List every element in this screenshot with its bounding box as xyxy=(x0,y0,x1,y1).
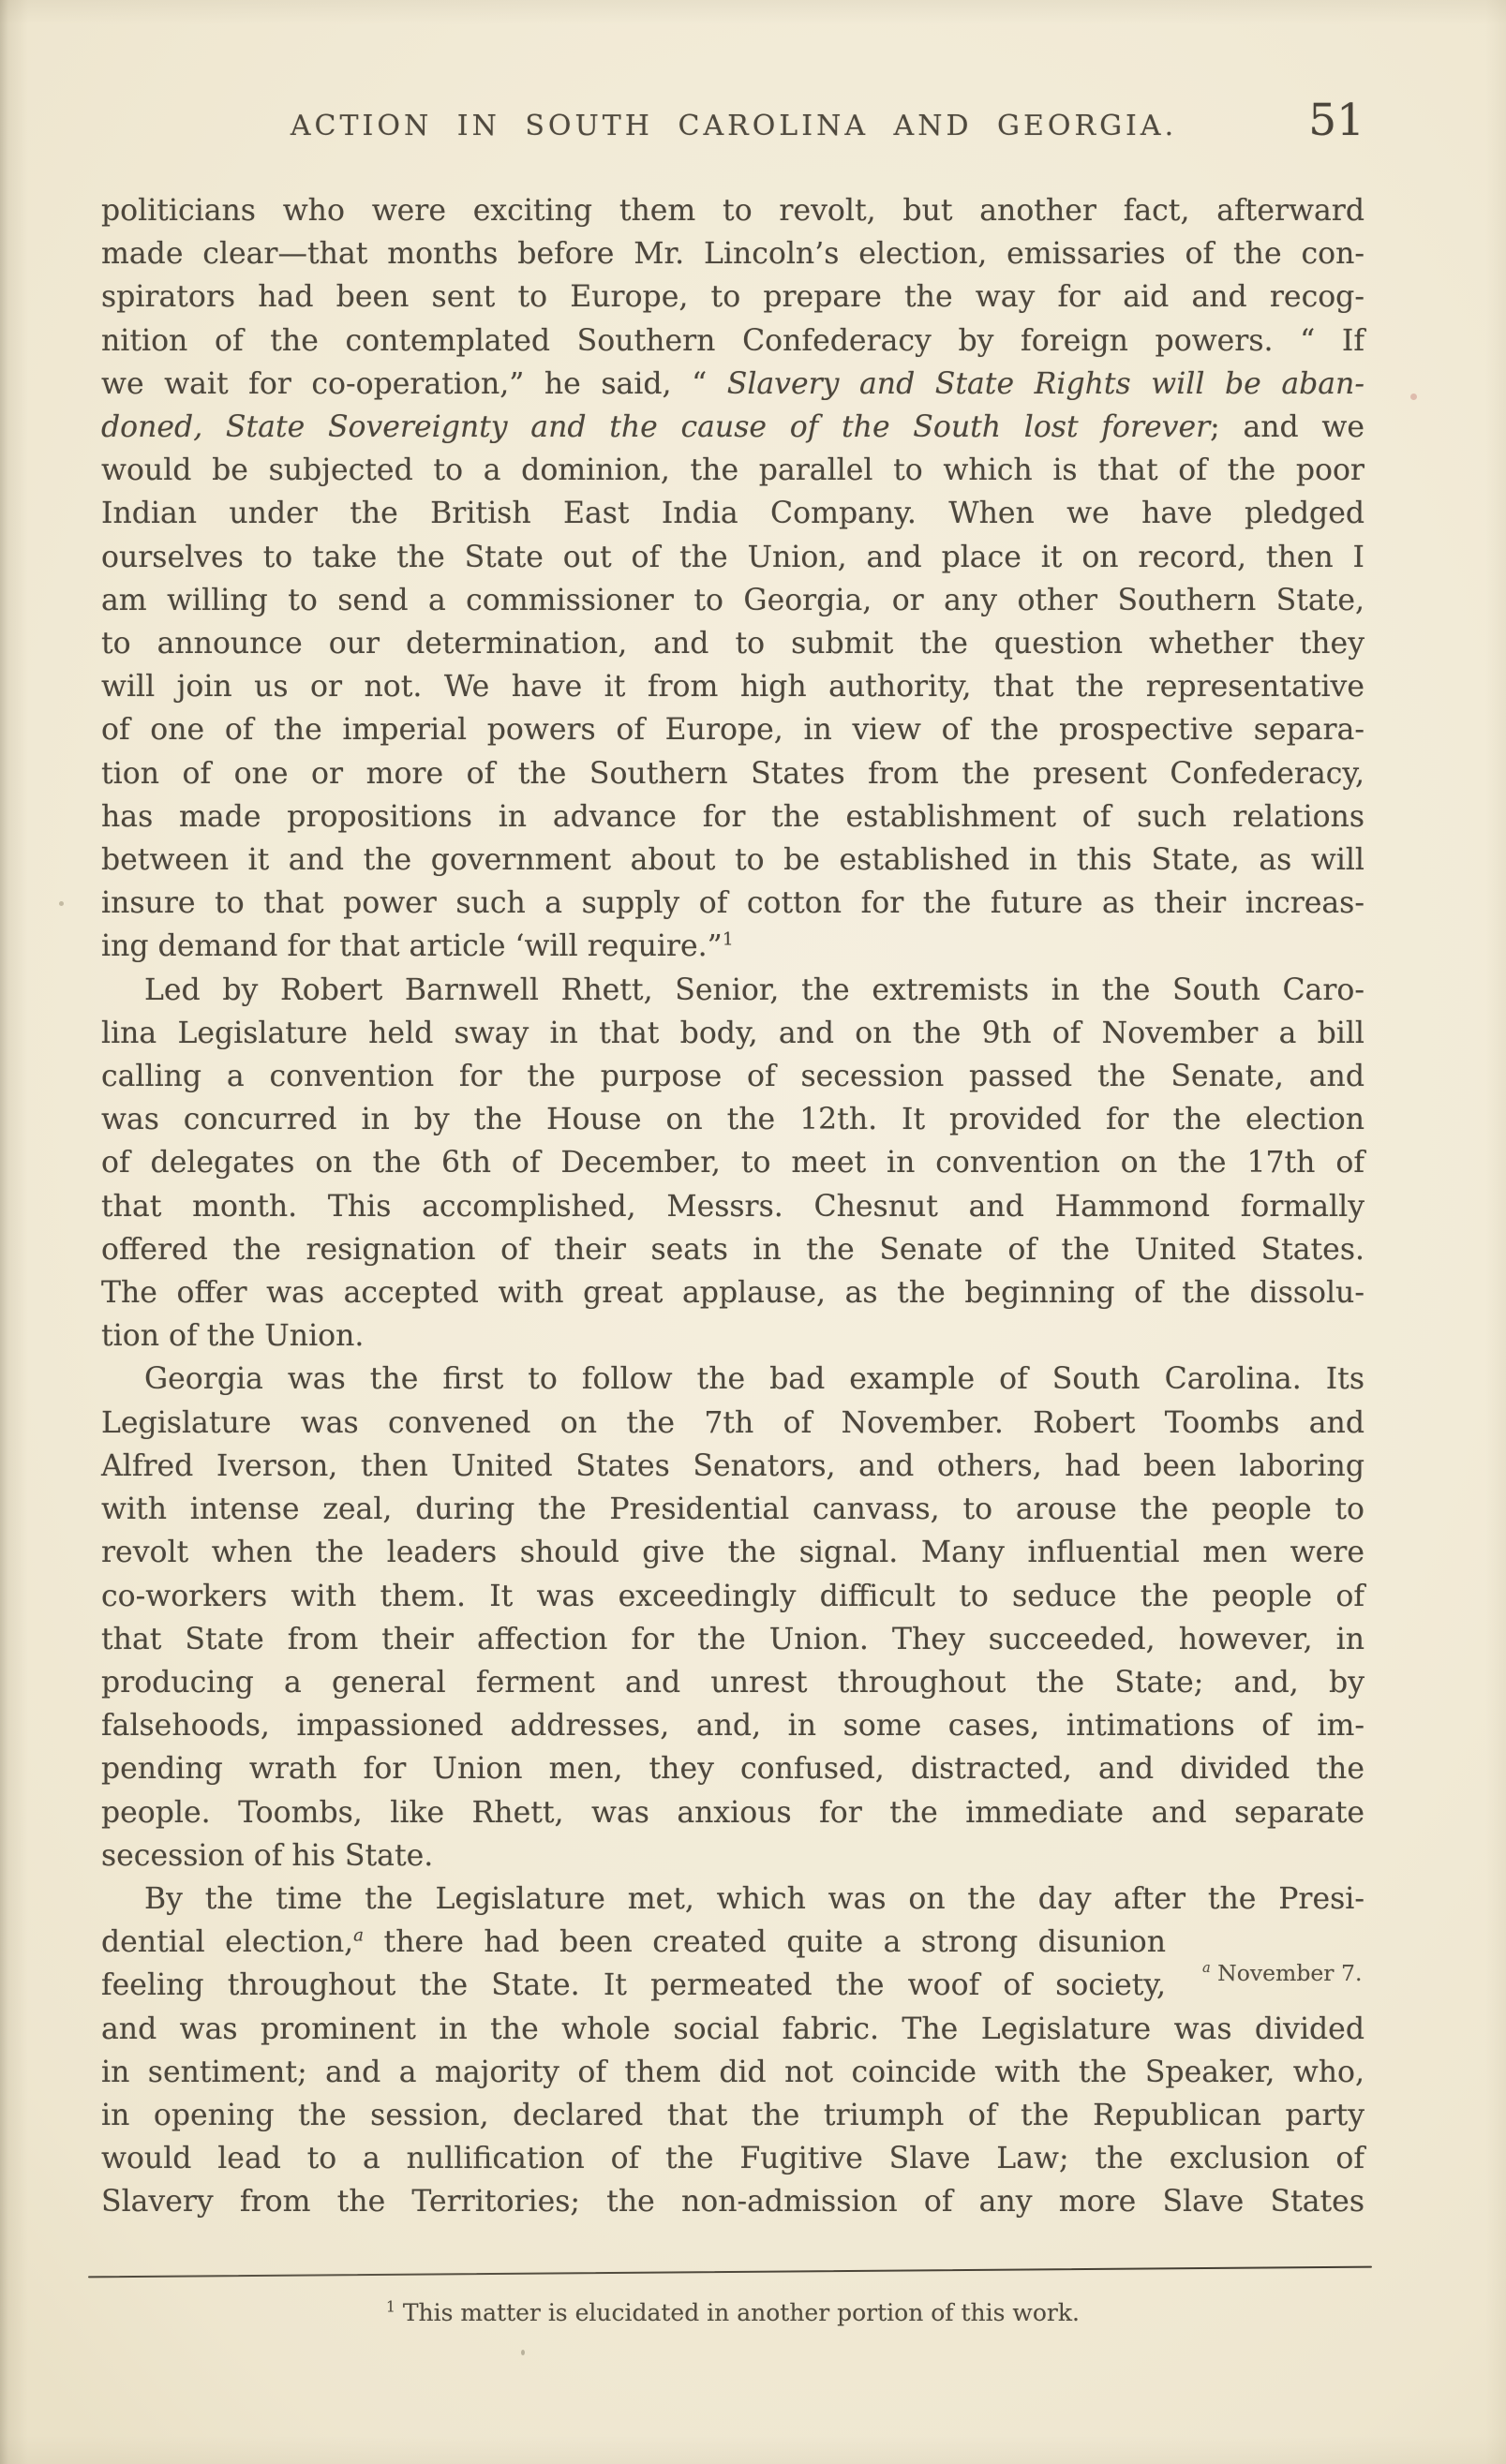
text-line: Slavery from the Territories; the non-ad… xyxy=(101,2180,1364,2223)
text-line: calling a convention for the purpose of … xyxy=(101,1055,1364,1098)
text-segment: spirators had been sent to Europe, to pr… xyxy=(101,280,1364,314)
sidenote: a November 7. xyxy=(1202,1960,1362,1986)
text-line: we wait for co-operation,” he said, “ Sl… xyxy=(101,363,1364,406)
text-segment: would lead to a nullification of the Fug… xyxy=(101,2142,1364,2175)
text-line: falsehoods, impassioned addresses, and, … xyxy=(101,1704,1364,1747)
text-segment: Legislature was convened on the 7th of N… xyxy=(101,1406,1364,1440)
text-segment: Georgia was the first to follow the bad … xyxy=(144,1362,1364,1396)
text-segment: made clear—that months before Mr. Lincol… xyxy=(101,237,1364,271)
text-line: ing demand for that article ‘will requir… xyxy=(101,925,1364,968)
body-text: politicians who were exciting them to re… xyxy=(101,189,1364,2224)
paragraph: Georgia was the first to follow the bad … xyxy=(101,1358,1364,1877)
text-segment: insure to that power such a supply of co… xyxy=(101,886,1364,920)
text-line: revolt when the leaders should give the … xyxy=(101,1531,1364,1574)
paragraph: politicians who were exciting them to re… xyxy=(101,189,1364,969)
text-segment: falsehoods, impassioned addresses, and, … xyxy=(101,1709,1364,1743)
text-segment: nition of the contemplated Southern Conf… xyxy=(101,324,1364,358)
text-segment: Led by Robert Barnwell Rhett, Senior, th… xyxy=(144,973,1364,1007)
text-line: tion of the Union. xyxy=(101,1314,1364,1358)
text-line: ourselves to take the State out of the U… xyxy=(101,536,1364,579)
page-number: 51 xyxy=(1308,92,1364,150)
text-segment: that month. This accomplished, Messrs. C… xyxy=(101,1190,1364,1224)
text-segment: in opening the session, declared that th… xyxy=(101,2099,1364,2132)
superscript-marker: 1 xyxy=(723,929,734,950)
text-segment: The offer was accepted with great applau… xyxy=(101,1276,1364,1310)
sidenote-text: November 7. xyxy=(1211,1960,1363,1986)
text-segment: would be subjected to a dominion, the pa… xyxy=(101,453,1364,487)
footnote-marker: 1 xyxy=(386,2299,395,2316)
text-segment: Indian under the British East India Comp… xyxy=(101,497,1364,530)
text-segment: ourselves to take the State out of the U… xyxy=(101,541,1364,574)
text-line: am willing to send a commissioner to Geo… xyxy=(101,579,1364,622)
text-segment: politicians who were exciting them to re… xyxy=(101,194,1364,228)
text-segment: ing demand for that article ‘will requir… xyxy=(101,929,723,963)
text-line: was concurred in by the House on the 12t… xyxy=(101,1098,1364,1141)
text-segment: ; and we xyxy=(1210,410,1364,444)
text-line: co-workers with them. It was exceedingly… xyxy=(101,1575,1364,1618)
paragraph: By the time the Legislature met, which w… xyxy=(101,1878,1364,2224)
text-segment: was concurred in by the House on the 12t… xyxy=(101,1103,1364,1136)
text-line: dential election,a there had been create… xyxy=(101,1921,1166,1964)
text-line: pending wrath for Union men, they confus… xyxy=(101,1747,1364,1790)
text-line: that State from their affection for the … xyxy=(101,1618,1364,1661)
text-segment: will join us or not. We have it from hig… xyxy=(101,670,1364,704)
text-line: made clear—that months before Mr. Lincol… xyxy=(101,232,1364,275)
text-segment: between it and the government about to b… xyxy=(101,843,1364,877)
text-segment: feeling throughout the State. It permeat… xyxy=(101,1968,1166,2002)
text-line: to announce our determination, and to su… xyxy=(101,622,1364,665)
page-header: ACTION IN SOUTH CAROLINA AND GEORGIA. 51 xyxy=(101,97,1366,156)
text-line: Legislature was convened on the 7th of N… xyxy=(101,1402,1364,1445)
text-line: lina Legislature held sway in that body,… xyxy=(101,1012,1364,1055)
text-segment: tion of one or more of the Southern Stat… xyxy=(101,757,1364,791)
text-line: By the time the Legislature met, which w… xyxy=(101,1878,1364,1921)
text-segment: By the time the Legislature met, which w… xyxy=(144,1882,1364,1916)
text-segment: pending wrath for Union men, they confus… xyxy=(101,1752,1364,1786)
text-line: The offer was accepted with great applau… xyxy=(101,1271,1364,1314)
text-segment: that State from their affection for the … xyxy=(101,1623,1364,1656)
text-line: in opening the session, declared that th… xyxy=(101,2094,1364,2137)
paper-speck xyxy=(521,2350,525,2355)
text-segment: producing a general ferment and unrest t… xyxy=(101,1666,1364,1700)
text-segment: co-workers with them. It was exceedingly… xyxy=(101,1580,1364,1613)
text-segment: calling a convention for the purpose of … xyxy=(101,1060,1364,1093)
sidenote-marker: a xyxy=(1202,1960,1211,1976)
text-segment: dential election, xyxy=(101,1925,353,1959)
footnote-text: This matter is elucidated in another por… xyxy=(395,2299,1080,2326)
text-line: producing a general ferment and unrest t… xyxy=(101,1661,1364,1704)
text-line: Alfred Iverson, then United States Senat… xyxy=(101,1445,1364,1488)
text-line: with intense zeal, during the Presidenti… xyxy=(101,1488,1364,1531)
text-segment: in sentiment; and a majority of them did… xyxy=(101,2056,1364,2089)
text-line: would lead to a nullification of the Fug… xyxy=(101,2137,1364,2180)
text-line: Indian under the British East India Comp… xyxy=(101,492,1364,535)
text-segment: Alfred Iverson, then United States Senat… xyxy=(101,1449,1364,1483)
text-line: of delegates on the 6th of December, to … xyxy=(101,1141,1364,1184)
text-segment: and was prominent in the whole social fa… xyxy=(101,2012,1364,2046)
text-segment: with intense zeal, during the Presidenti… xyxy=(101,1492,1364,1526)
text-line: Georgia was the first to follow the bad … xyxy=(101,1358,1364,1401)
running-title: ACTION IN SOUTH CAROLINA AND GEORGIA. xyxy=(101,97,1366,156)
paper-speck xyxy=(59,901,64,906)
text-line: will join us or not. We have it from hig… xyxy=(101,665,1364,708)
text-segment: secession of his State. xyxy=(101,1839,433,1873)
italic-quote-text: doned, State Sovereignty and the cause o… xyxy=(101,410,1210,444)
text-segment: tion of the Union. xyxy=(101,1319,364,1353)
text-segment: we wait for co-operation,” he said, “ xyxy=(101,367,727,401)
text-line: nition of the contemplated Southern Conf… xyxy=(101,319,1364,363)
text-segment: revolt when the leaders should give the … xyxy=(101,1536,1364,1569)
text-line: offered the resignation of their seats i… xyxy=(101,1228,1364,1271)
footnote-rule xyxy=(88,2266,1372,2278)
paper-speck xyxy=(1410,393,1417,400)
text-line: politicians who were exciting them to re… xyxy=(101,189,1364,232)
text-line: between it and the government about to b… xyxy=(101,839,1364,882)
text-line: people. Toombs, like Rhett, was anxious … xyxy=(101,1791,1364,1834)
text-segment: of delegates on the 6th of December, to … xyxy=(101,1146,1364,1180)
italic-quote-text: Slavery and State Rights will be aban- xyxy=(727,367,1364,401)
paragraph: Led by Robert Barnwell Rhett, Senior, th… xyxy=(101,969,1364,1358)
text-line: Led by Robert Barnwell Rhett, Senior, th… xyxy=(101,969,1364,1012)
text-line: has made propositions in advance for the… xyxy=(101,795,1364,839)
text-line: would be subjected to a dominion, the pa… xyxy=(101,449,1364,492)
text-segment: people. Toombs, like Rhett, was anxious … xyxy=(101,1796,1364,1830)
text-line: tion of one or more of the Southern Stat… xyxy=(101,752,1364,795)
text-line: feeling throughout the State. It permeat… xyxy=(101,1964,1166,2007)
text-segment: am willing to send a commissioner to Geo… xyxy=(101,584,1364,617)
superscript-marker: a xyxy=(353,1926,364,1946)
text-segment: of one of the imperial powers of Europe,… xyxy=(101,713,1364,747)
text-line: in sentiment; and a majority of them did… xyxy=(101,2051,1364,2094)
text-segment: to announce our determination, and to su… xyxy=(101,627,1364,661)
text-segment: lina Legislature held sway in that body,… xyxy=(101,1017,1364,1050)
text-line: and was prominent in the whole social fa… xyxy=(101,2008,1364,2051)
footnote: 1 This matter is elucidated in another p… xyxy=(101,2297,1364,2329)
text-line: doned, State Sovereignty and the cause o… xyxy=(101,406,1364,449)
text-line: that month. This accomplished, Messrs. C… xyxy=(101,1185,1364,1228)
text-segment: there had been created quite a strong di… xyxy=(364,1925,1166,1959)
text-segment: Slavery from the Territories; the non-ad… xyxy=(101,2185,1364,2219)
text-segment: offered the resignation of their seats i… xyxy=(101,1233,1364,1267)
scanned-book-page: ACTION IN SOUTH CAROLINA AND GEORGIA. 51… xyxy=(0,0,1506,2464)
text-line: insure to that power such a supply of co… xyxy=(101,882,1364,925)
text-line: secession of his State. xyxy=(101,1834,1364,1878)
text-line: spirators had been sent to Europe, to pr… xyxy=(101,275,1364,319)
text-segment: has made propositions in advance for the… xyxy=(101,800,1364,834)
text-line: of one of the imperial powers of Europe,… xyxy=(101,708,1364,751)
